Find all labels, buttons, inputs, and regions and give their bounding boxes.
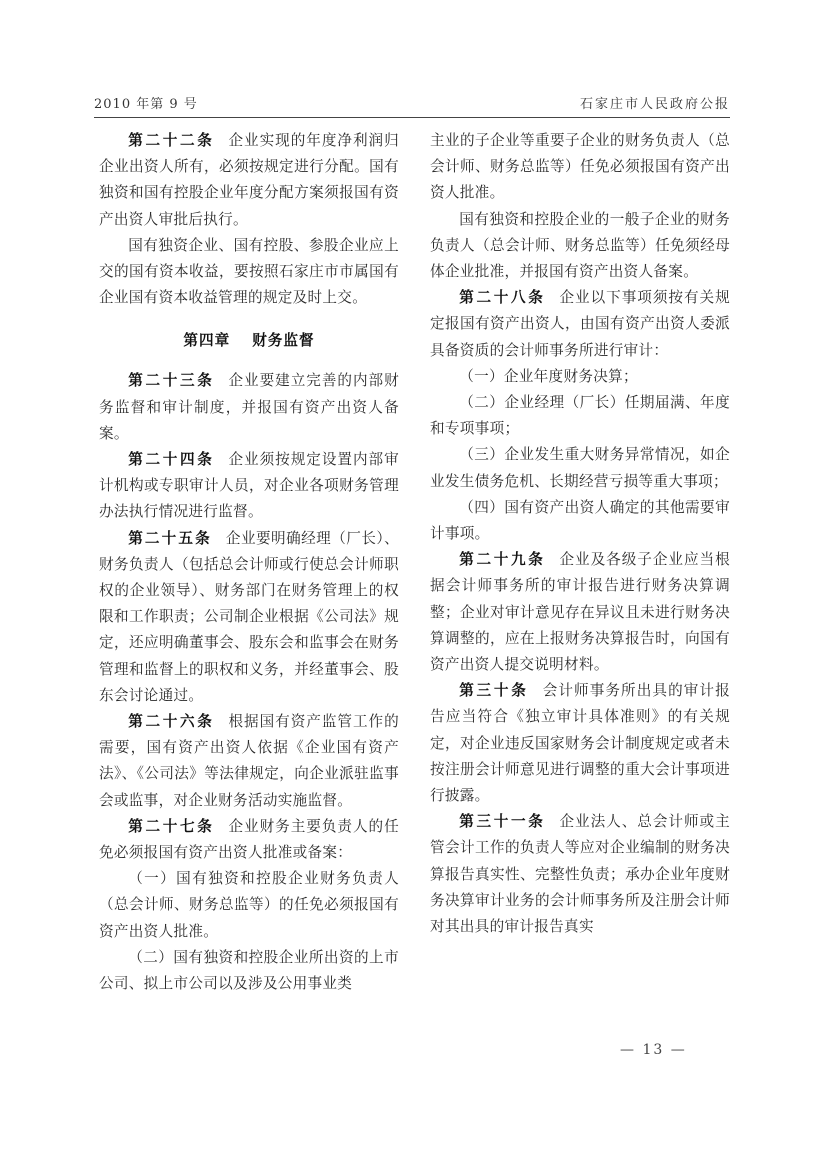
article-22: 第二十二条企业实现的年度净利润归企业出资人所有，必须按规定进行分配。国有独资和国… xyxy=(99,128,399,233)
issue-number: 2010 年第 9 号 xyxy=(94,93,198,112)
article-26: 第二十六条根据国有资产监管工作的需要，国有资产出资人依据《企业国有资产法》、《公… xyxy=(99,709,399,814)
article-label: 第二十二条 xyxy=(128,132,214,149)
article-label: 第二十五条 xyxy=(128,530,212,547)
article-text: 企业及各级子企业应当根据会计师事务所的审计报告进行财务决算调整；企业对审计意见存… xyxy=(430,551,730,673)
publication-title: 石家庄市人民政府公报 xyxy=(580,93,730,112)
article-27-general-subsidiaries: 国有独资和控股企业的一般子企业的财务负责人（总会计师、财务总监等）任免须经母体企… xyxy=(430,207,730,286)
left-column: 第二十二条企业实现的年度净利润归企业出资人所有，必须按规定进行分配。国有独资和国… xyxy=(99,128,399,997)
article-25: 第二十五条企业要明确经理（厂长）、财务负责人（包括总会计师或行使总会计师职权的企… xyxy=(99,526,399,709)
article-label: 第二十四条 xyxy=(128,451,214,468)
article-27-item-2-continued: 主业的子企业等重要子企业的财务负责人（总会计师、财务总监等）任免必须报国有资产出… xyxy=(430,128,730,207)
article-27: 第二十七条企业财务主要负责人的任免必须报国有资产出资人批准或备案： xyxy=(99,814,399,866)
right-column: 主业的子企业等重要子企业的财务负责人（总会计师、财务总监等）任免必须报国有资产出… xyxy=(430,128,730,940)
article-label: 第三十条 xyxy=(459,682,529,699)
article-label: 第二十三条 xyxy=(128,372,214,389)
article-label: 第二十六条 xyxy=(128,713,214,730)
article-text: 企业法人、总会计师或主管会计工作的负责人等应对企业编制的财务决算报告真实性、完整… xyxy=(430,813,730,935)
article-27-item-2: （二）国有独资和控股企业所出资的上市公司、拟上市公司以及涉及公用事业类 xyxy=(99,945,399,997)
article-label: 第二十九条 xyxy=(459,551,545,568)
page-number: — 13 — xyxy=(620,1042,687,1058)
chapter-heading: 第四章财务监督 xyxy=(99,328,399,354)
article-28-item-1: （一）企业年度财务决算； xyxy=(430,364,730,390)
article-text: 企业要明确经理（厂长）、财务负责人（包括总会计师或行使总会计师职权的企业领导）、… xyxy=(99,530,399,704)
article-24: 第二十四条企业须按规定设置内部审计机构或专职审计人员，对企业各项财务管理办法执行… xyxy=(99,447,399,526)
article-label: 第三十一条 xyxy=(459,813,545,830)
article-31: 第三十一条企业法人、总会计师或主管会计工作的负责人等应对企业编制的财务决算报告真… xyxy=(430,809,730,940)
page-header: 2010 年第 9 号 石家庄市人民政府公报 xyxy=(94,93,730,115)
article-23: 第二十三条企业要建立完善的内部财务监督和审计制度，并报国有资产出资人备案。 xyxy=(99,368,399,447)
article-28-item-3: （三）企业发生重大财务异常情况，如企业发生债务危机、长期经营亏损等重大事项； xyxy=(430,442,730,494)
article-27-item-1: （一）国有独资和控股企业财务负责人（总会计师、财务总监等）的任免必须报国有资产出… xyxy=(99,866,399,945)
article-28: 第二十八条企业以下事项须按有关规定报国有资产出资人，由国有资产出资人委派具备资质… xyxy=(430,285,730,364)
header-rule xyxy=(94,117,730,118)
article-28-item-4: （四）国有资产出资人确定的其他需要审计事项。 xyxy=(430,495,730,547)
article-label: 第二十八条 xyxy=(459,289,545,306)
article-28-item-2: （二）企业经理（厂长）任期届满、年度和专项事项； xyxy=(430,390,730,442)
article-text: 会计师事务所出具的审计报告应当符合《独立审计具体准则》的有关规定，对企业违反国家… xyxy=(430,682,730,804)
article-22-paragraph-2: 国有独资企业、国有控股、参股企业应上交的国有资本收益，要按照石家庄市市属国有企业… xyxy=(99,233,399,312)
chapter-title: 财务监督 xyxy=(252,332,314,349)
article-30: 第三十条会计师事务所出具的审计报告应当符合《独立审计具体准则》的有关规定，对企业… xyxy=(430,678,730,809)
article-29: 第二十九条企业及各级子企业应当根据会计师事务所的审计报告进行财务决算调整；企业对… xyxy=(430,547,730,678)
article-label: 第二十七条 xyxy=(128,818,214,835)
chapter-number: 第四章 xyxy=(183,332,230,349)
